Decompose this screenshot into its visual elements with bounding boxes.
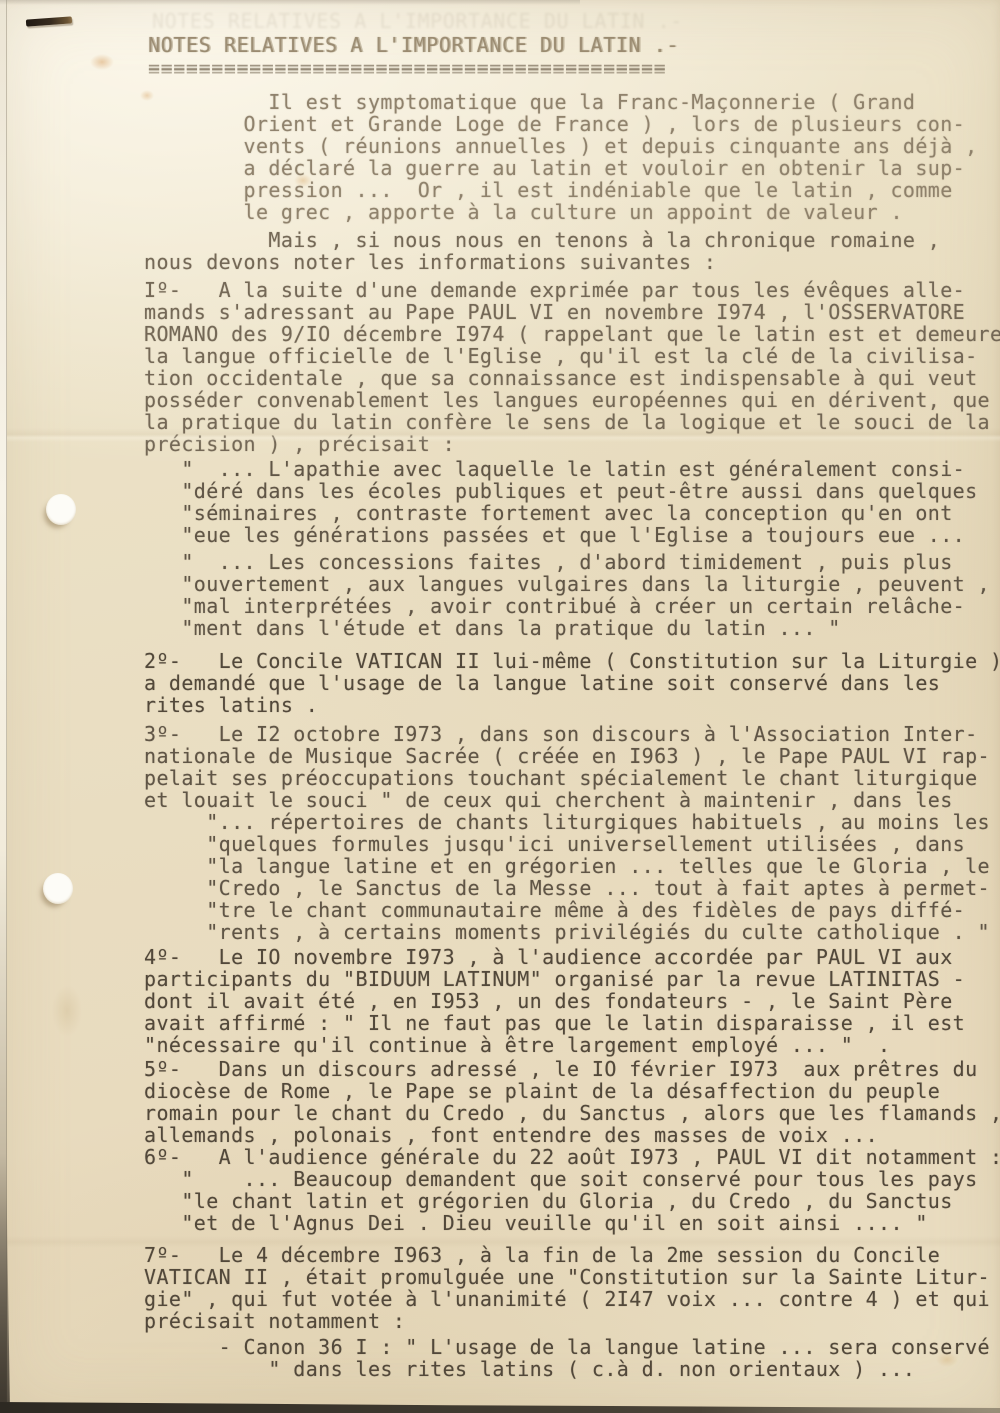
punch-hole-top (46, 494, 76, 525)
punch-hole-bottom (43, 873, 73, 904)
canon-citation: - Canon 36 I : " L'usage de la langue la… (144, 1336, 1000, 1380)
quote-apathie: " ... L'apathie avec laquelle le latin e… (144, 458, 1000, 546)
section-3: 3º- Le I2 octobre I973 , dans son discou… (144, 723, 1000, 943)
section-7: 7º- Le 4 décembre I963 , à la fin de la … (144, 1244, 1000, 1332)
transition-paragraph: Mais , si nous nous en tenons à la chron… (144, 229, 1000, 273)
paper-stain (52, 985, 82, 1037)
paper-crease (0, 1236, 1000, 1248)
paper-crease (0, 428, 1000, 442)
scanned-typewritten-page: NOTES RELATIVES A L'IMPORTANCE DU LATIN … (0, 0, 1000, 1413)
paper-stain (936, 1352, 958, 1367)
quote-concessions: " ... Les concessions faites , d'abord t… (144, 551, 1000, 639)
section-2: 2º- Le Concile VATICAN II lui-même ( Con… (144, 650, 1000, 716)
scan-edge-top (0, 0, 580, 5)
paper-stain (90, 54, 114, 70)
paper-stain (140, 90, 154, 101)
scan-edge-bottom (0, 1400, 1000, 1413)
intro-paragraph: Il est symptomatique que la Franc-Maçonn… (144, 91, 1000, 223)
paper-stain (294, 174, 312, 187)
title-underline: ========================================… (148, 57, 1000, 81)
document-title: NOTES RELATIVES A L'IMPORTANCE DU LATIN … (148, 34, 1000, 56)
title-block: NOTES RELATIVES A L'IMPORTANCE DU LATIN … (148, 34, 1000, 81)
section-5: 5º- Dans un discours adressé , le IO fév… (144, 1058, 1000, 1146)
document-body: NOTES RELATIVES A L'IMPORTANCE DU LATIN … (0, 0, 1000, 1380)
section-6: 6º- A l'audience générale du 22 août I97… (144, 1146, 1000, 1234)
section-4: 4º- Le IO novembre I973 , à l'audience a… (144, 946, 1000, 1056)
